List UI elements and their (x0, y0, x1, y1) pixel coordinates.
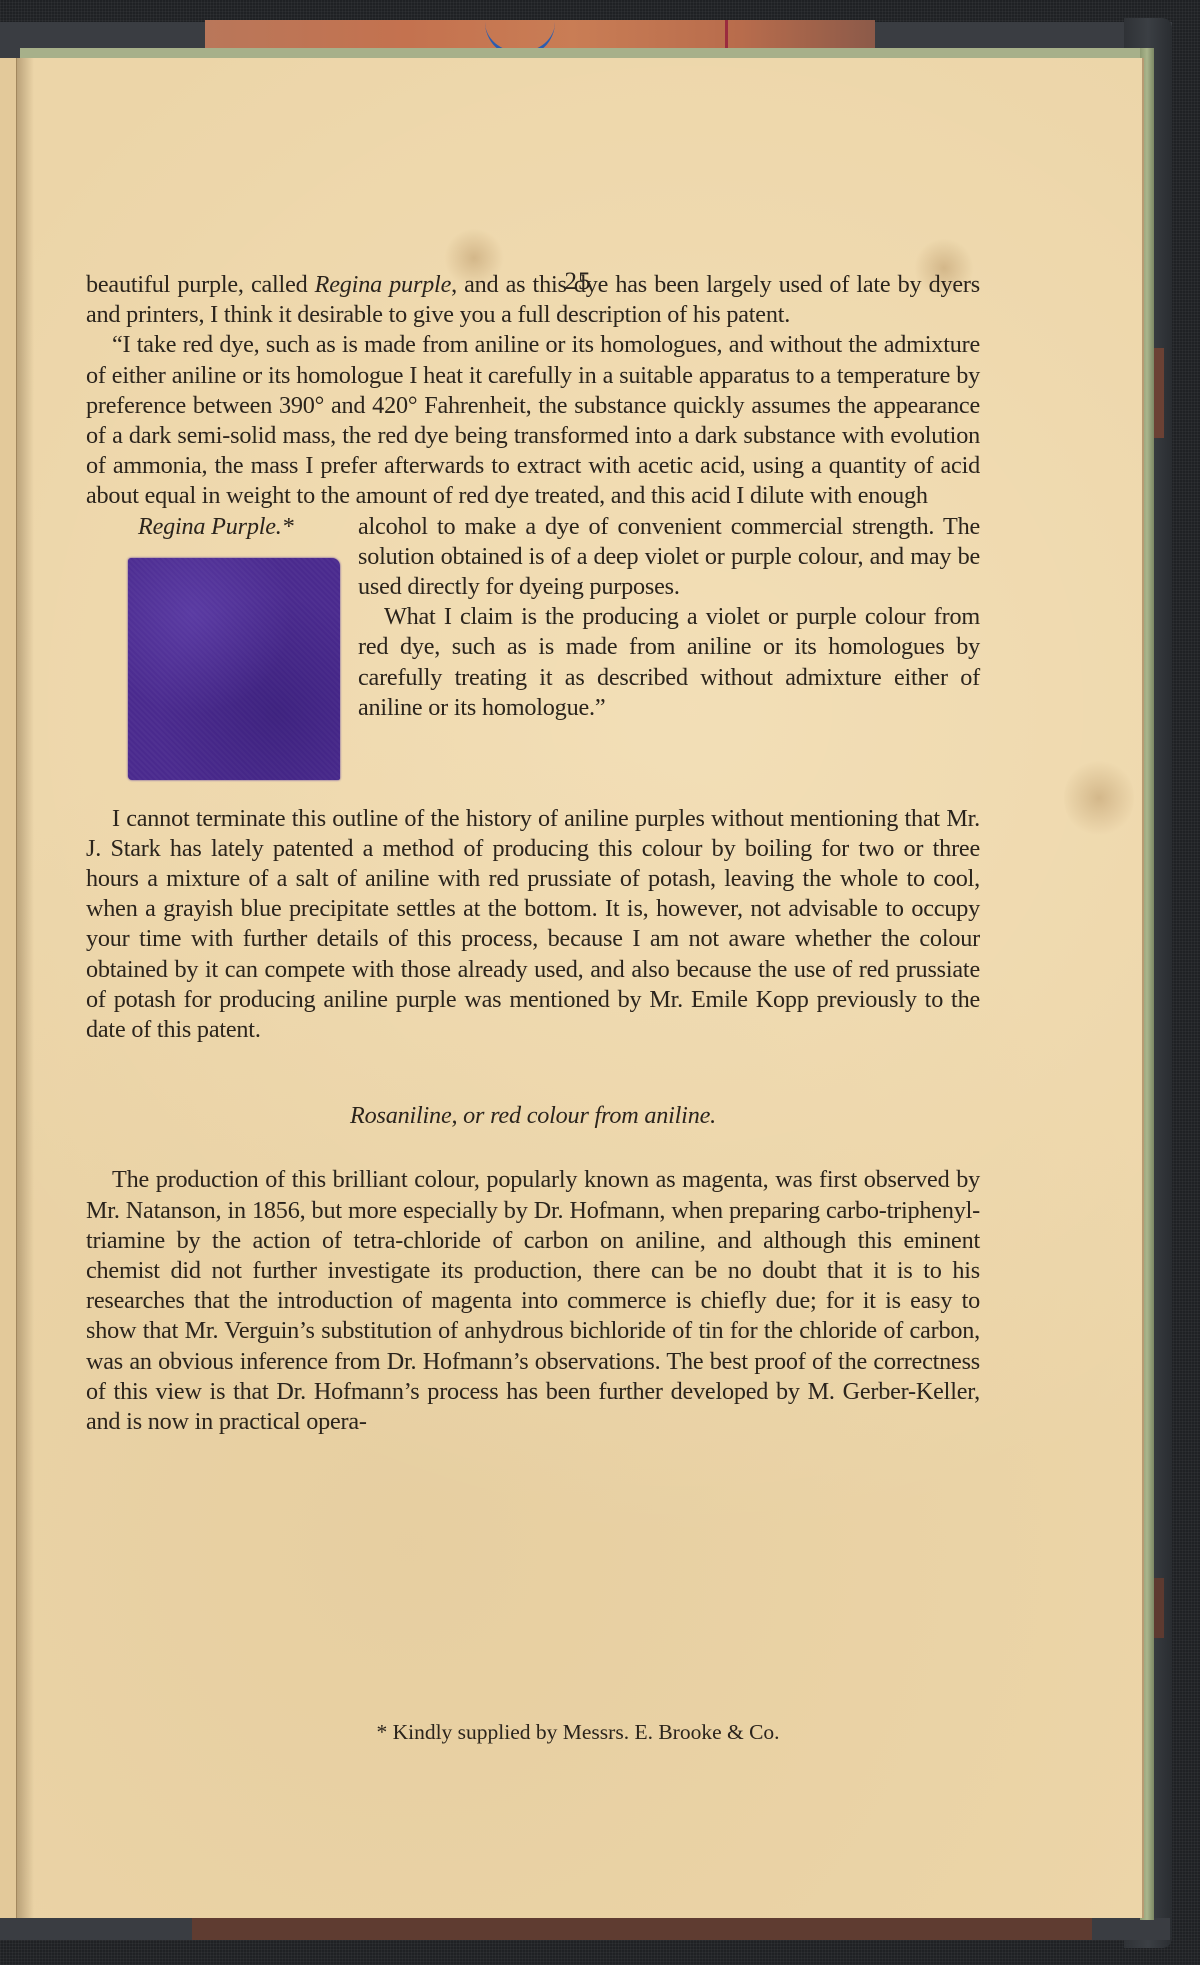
body-text: beautiful purple, called Regina purple, … (86, 270, 980, 1437)
page-edge-top (20, 48, 1150, 58)
italic-term: Regina purple (315, 271, 451, 298)
paragraph: “I take red dye, such as is made from an… (86, 330, 980, 511)
paragraph: I cannot terminate this outline of the h… (86, 804, 980, 1046)
marbled-board (192, 1918, 1092, 1940)
dye-sample: Regina Purple.* (86, 512, 348, 804)
book-cover-bottom (0, 1918, 1170, 1940)
section-heading: Rosaniline, or red colour from aniline. (86, 1101, 980, 1131)
purple-fabric-swatch (128, 558, 340, 780)
gutter-shadow (16, 58, 34, 1918)
previous-page-edge (0, 58, 17, 1918)
paragraph: beautiful purple, called Regina purple, … (86, 270, 980, 330)
paragraph: The production of this brilliant colour,… (86, 1165, 980, 1437)
footnote: * Kindly supplied by Messrs. E. Brooke &… (14, 1720, 1142, 1745)
paper-stain (1064, 758, 1134, 838)
swatch-paragraph: Regina Purple.* alcohol to make a dye of… (86, 512, 980, 723)
swatch-label: Regina Purple.* (138, 512, 294, 542)
